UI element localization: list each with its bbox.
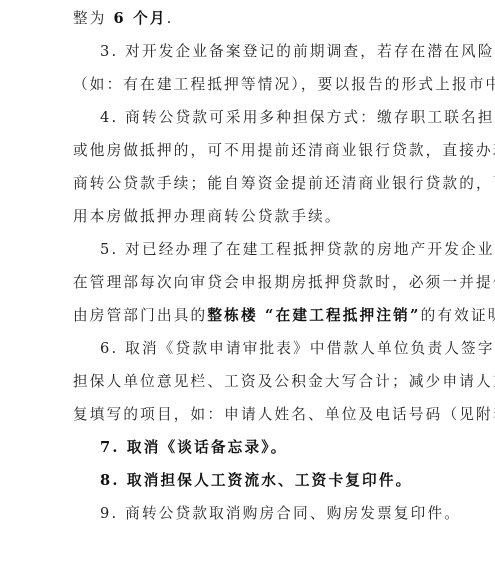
text-segment: 在管理部每次向审贷会申报期房抵押贷款时，必须一并提供: [73, 274, 495, 291]
text-segment: .: [167, 10, 174, 27]
text-segment: 担保人单位意见栏、工资及公积金大写合计；减少申请人重: [73, 373, 495, 390]
bold-segment: 6 个月: [113, 10, 166, 27]
item-4-line-1: 4. 商转公贷款可采用多种担保方式：缴存职工联名担保: [100, 108, 495, 128]
text-segment: 3. 对开发企业备案登记的前期调查，若存在潜在风险: [100, 43, 495, 60]
item-6-line-3: 复填写的项目，如：申请人姓名、单位及电话号码（见附表）。: [73, 405, 495, 425]
text-segment: 复填写的项目，如：申请人姓名、单位及电话号码（见附表）。: [73, 406, 495, 423]
text-segment: 6. 取消《贷款申请审批表》中借款人单位负责人签字、: [100, 340, 495, 357]
item-9: 9. 商转公贷款取消购房合同、购房发票复印件。: [100, 504, 461, 524]
bold-segment: 整栋楼 “在建工程抵押注销”: [207, 307, 420, 324]
text-segment: 用本房做抵押办理商转公贷款手续。: [73, 208, 342, 225]
text-segment: 的有效证明。: [421, 307, 495, 324]
item-4-line-3: 商转公贷款手续；能自筹资金提前还清商业银行贷款的，可: [73, 174, 495, 194]
item-6-line-1: 6. 取消《贷款申请审批表》中借款人单位负责人签字、: [100, 339, 495, 359]
text-segment: 由房管部门出具的: [73, 307, 207, 324]
item-7: 7. 取消《谈话备忘录》。: [100, 438, 288, 458]
item-3-line-2: （如：有在建工程抵押等情况），要以报告的形式上报市中心。: [73, 75, 495, 95]
item-5-line-1: 5. 对已经办理了在建工程抵押贷款的房地产开发企业，: [100, 240, 495, 260]
item-5-line-2: 在管理部每次向审贷会申报期房抵押贷款时，必须一并提供: [73, 273, 495, 293]
item-4-line-2: 或他房做抵押的，可不用提前还清商业银行贷款，直接办理: [73, 141, 495, 161]
item-4-line-4: 用本房做抵押办理商转公贷款手续。: [73, 207, 342, 227]
text-segment: 9. 商转公贷款取消购房合同、购房发票复印件。: [100, 505, 461, 522]
item-8: 8. 取消担保人工资流水、工资卡复印件。: [100, 471, 412, 491]
bold-segment: 7. 取消《谈话备忘录》。: [100, 439, 288, 456]
text-line-1: 整为 6 个月.: [73, 9, 174, 29]
text-segment: 4. 商转公贷款可采用多种担保方式：缴存职工联名担保: [100, 109, 495, 126]
item-6-line-2: 担保人单位意见栏、工资及公积金大写合计；减少申请人重: [73, 372, 495, 392]
item-5-line-3: 由房管部门出具的整栋楼 “在建工程抵押注销”的有效证明。: [73, 306, 495, 326]
text-segment: （如：有在建工程抵押等情况），要以报告的形式上报市中心。: [73, 76, 495, 93]
text-segment: 商转公贷款手续；能自筹资金提前还清商业银行贷款的，可: [73, 175, 495, 192]
text-segment: 整为: [73, 10, 113, 27]
text-segment: 5. 对已经办理了在建工程抵押贷款的房地产开发企业，: [100, 241, 495, 258]
text-segment: 或他房做抵押的，可不用提前还清商业银行贷款，直接办理: [73, 142, 495, 159]
bold-segment: 8. 取消担保人工资流水、工资卡复印件。: [100, 472, 412, 489]
item-3-line-1: 3. 对开发企业备案登记的前期调查，若存在潜在风险: [100, 42, 495, 62]
